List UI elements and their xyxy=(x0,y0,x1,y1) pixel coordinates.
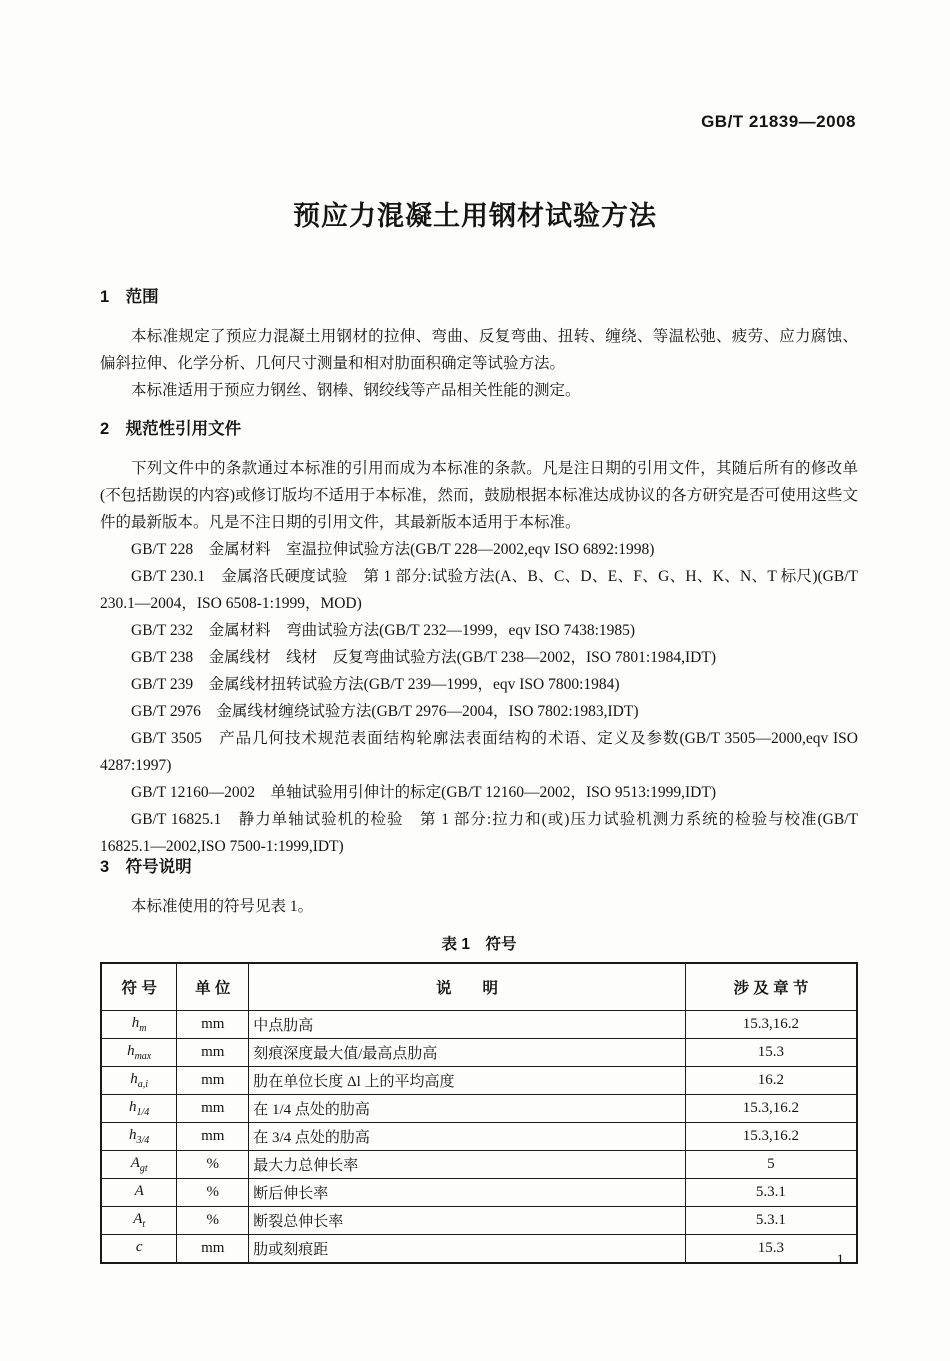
symbol-cell: hm xyxy=(101,1011,177,1039)
clauses-cell: 15.3,16.2 xyxy=(685,1123,857,1151)
clauses-cell: 5 xyxy=(685,1151,857,1179)
description-cell: 在 3/4 点处的肋高 xyxy=(249,1123,686,1151)
unit-cell: mm xyxy=(177,1067,249,1095)
references-heading: 2 规范性引用文件 xyxy=(100,415,858,439)
table-row: c mm 肋或刻痕距 15.3 xyxy=(101,1235,857,1264)
description-cell: 断后伸长率 xyxy=(249,1179,686,1207)
symbols-heading: 3 符号说明 xyxy=(100,853,858,877)
table-row: h1/4 mm 在 1/4 点处的肋高 15.3,16.2 xyxy=(101,1095,857,1123)
description-cell: 在 1/4 点处的肋高 xyxy=(249,1095,686,1123)
clauses-cell: 15.3,16.2 xyxy=(685,1095,857,1123)
table-header-row: 符 号 单 位 说 明 涉 及 章 节 xyxy=(101,963,857,1011)
unit-cell: mm xyxy=(177,1039,249,1067)
clauses-cell: 16.2 xyxy=(685,1067,857,1095)
table-row: A % 断后伸长率 5.3.1 xyxy=(101,1179,857,1207)
clauses-cell: 15.3 xyxy=(685,1235,857,1264)
unit-cell: mm xyxy=(177,1011,249,1039)
description-cell: 肋或刻痕距 xyxy=(249,1235,686,1264)
unit-cell: mm xyxy=(177,1235,249,1264)
table-caption: 表 1 符号 xyxy=(100,932,858,954)
description-cell: 中点肋高 xyxy=(249,1011,686,1039)
unit-cell: mm xyxy=(177,1123,249,1151)
reference-item: GB/T 230.1 金属洛氏硬度试验 第 1 部分:试验方法(A、B、C、D、… xyxy=(100,563,858,617)
unit-cell: % xyxy=(177,1207,249,1235)
page-title: 预应力混凝土用钢材试验方法 xyxy=(0,194,950,233)
symbol-cell: A xyxy=(101,1179,177,1207)
col-header-unit: 单 位 xyxy=(177,963,249,1011)
col-header-clauses: 涉 及 章 节 xyxy=(685,963,857,1011)
description-cell: 最大力总伸长率 xyxy=(249,1151,686,1179)
symbol-cell: h3/4 xyxy=(101,1123,177,1151)
page-number: 1 xyxy=(837,1252,845,1269)
symbol-cell: Agt xyxy=(101,1151,177,1179)
section-normative-references: 2 规范性引用文件 下列文件中的条款通过本标准的引用而成为本标准的条款。凡是注日… xyxy=(100,415,858,860)
description-cell: 刻痕深度最大值/最高点肋高 xyxy=(249,1039,686,1067)
reference-item: GB/T 3505 产品几何技术规范表面结构轮廓法表面结构的术语、定义及参数(G… xyxy=(100,725,858,779)
clauses-cell: 5.3.1 xyxy=(685,1179,857,1207)
description-cell: 断裂总伸长率 xyxy=(249,1207,686,1235)
reference-item: GB/T 2976 金属线材缠绕试验方法(GB/T 2976—2004，ISO … xyxy=(100,698,858,725)
table-row: At % 断裂总伸长率 5.3.1 xyxy=(101,1207,857,1235)
section-symbols: 3 符号说明 本标准使用的符号见表 1。 表 1 符号 符 号 单 位 说 明 … xyxy=(100,853,858,1264)
document-page: GB/T 21839—2008 预应力混凝土用钢材试验方法 1 范围 本标准规定… xyxy=(0,0,950,1361)
reference-item: GB/T 12160—2002 单轴试验用引伸计的标定(GB/T 12160—2… xyxy=(100,779,858,806)
col-header-description: 说 明 xyxy=(249,963,686,1011)
doc-number: GB/T 21839—2008 xyxy=(701,112,856,132)
unit-cell: % xyxy=(177,1151,249,1179)
clauses-cell: 15.3,16.2 xyxy=(685,1011,857,1039)
unit-cell: % xyxy=(177,1179,249,1207)
symbols-intro: 本标准使用的符号见表 1。 xyxy=(100,893,858,920)
scope-paragraph-1: 本标准规定了预应力混凝土用钢材的拉伸、弯曲、反复弯曲、扭转、缠绕、等温松弛、疲劳… xyxy=(100,323,858,377)
clauses-cell: 5.3.1 xyxy=(685,1207,857,1235)
symbol-cell: ha,i xyxy=(101,1067,177,1095)
table-row: ha,i mm 肋在单位长度 Δl 上的平均高度 16.2 xyxy=(101,1067,857,1095)
symbol-cell: c xyxy=(101,1235,177,1264)
reference-item: GB/T 238 金属线材 线材 反复弯曲试验方法(GB/T 238—2002，… xyxy=(100,644,858,671)
references-intro: 下列文件中的条款通过本标准的引用而成为本标准的条款。凡是注日期的引用文件，其随后… xyxy=(100,455,858,536)
col-header-symbol: 符 号 xyxy=(101,963,177,1011)
symbol-cell: hmax xyxy=(101,1039,177,1067)
table-row: h3/4 mm 在 3/4 点处的肋高 15.3,16.2 xyxy=(101,1123,857,1151)
symbol-cell: h1/4 xyxy=(101,1095,177,1123)
table-row: Agt % 最大力总伸长率 5 xyxy=(101,1151,857,1179)
unit-cell: mm xyxy=(177,1095,249,1123)
symbols-table: 符 号 单 位 说 明 涉 及 章 节 hm mm 中点肋高 15.3,16.2… xyxy=(100,962,858,1264)
description-cell: 肋在单位长度 Δl 上的平均高度 xyxy=(249,1067,686,1095)
scope-heading: 1 范围 xyxy=(100,283,858,307)
symbol-cell: At xyxy=(101,1207,177,1235)
table-row: hmax mm 刻痕深度最大值/最高点肋高 15.3 xyxy=(101,1039,857,1067)
clauses-cell: 15.3 xyxy=(685,1039,857,1067)
reference-item: GB/T 16825.1 静力单轴试验机的检验 第 1 部分:拉力和(或)压力试… xyxy=(100,806,858,860)
section-scope: 1 范围 本标准规定了预应力混凝土用钢材的拉伸、弯曲、反复弯曲、扭转、缠绕、等温… xyxy=(100,283,858,404)
reference-item: GB/T 232 金属材料 弯曲试验方法(GB/T 232—1999，eqv I… xyxy=(100,617,858,644)
table-row: hm mm 中点肋高 15.3,16.2 xyxy=(101,1011,857,1039)
scope-paragraph-2: 本标准适用于预应力钢丝、钢棒、钢绞线等产品相关性能的测定。 xyxy=(100,377,858,404)
reference-item: GB/T 239 金属线材扭转试验方法(GB/T 239—1999，eqv IS… xyxy=(100,671,858,698)
reference-item: GB/T 228 金属材料 室温拉伸试验方法(GB/T 228—2002,eqv… xyxy=(100,536,858,563)
